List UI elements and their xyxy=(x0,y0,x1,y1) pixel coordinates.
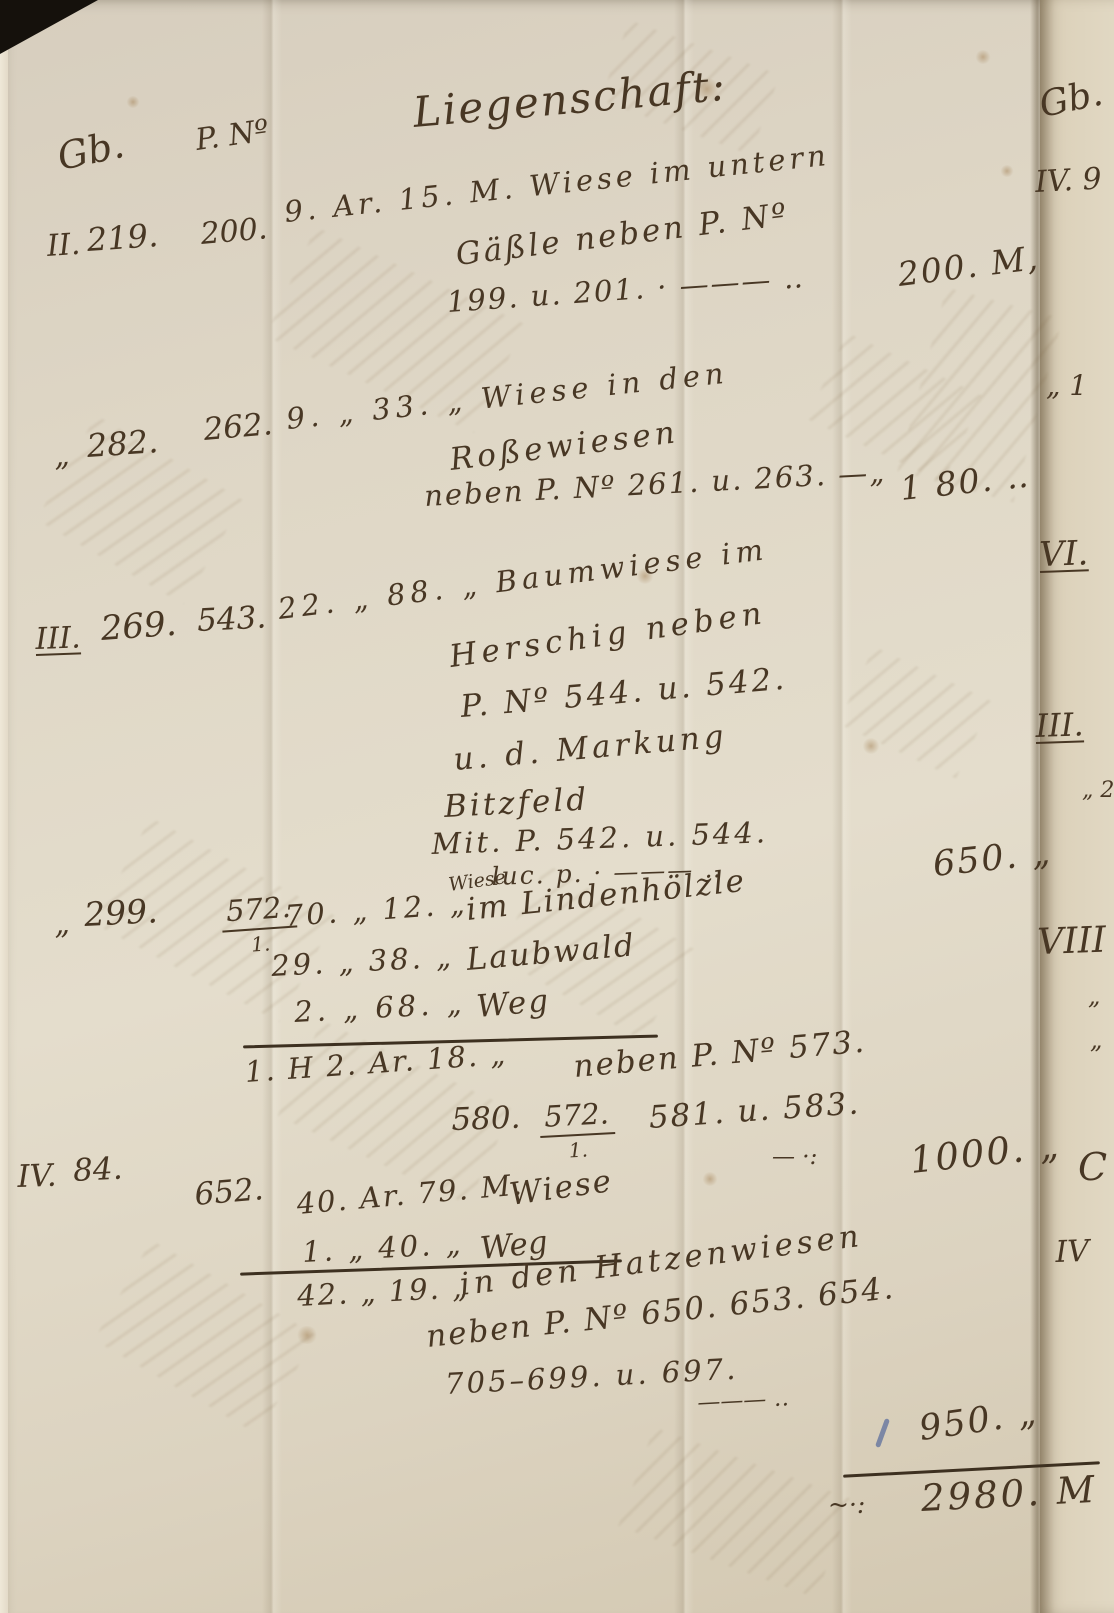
entry5-sum-nums: 42. „ 19. „ xyxy=(296,1273,469,1311)
entry5-gb-roman: IV. xyxy=(17,1161,57,1193)
stain xyxy=(1000,165,1014,177)
entry4-sum2-frac-bottom: 1. xyxy=(540,1134,616,1164)
entry4-row3-nums: 2. „ 68. „ xyxy=(293,989,466,1027)
entry2-gb-num: 282. xyxy=(86,425,159,462)
entry4-row3-text: Weg xyxy=(475,986,551,1023)
entry4-sum2-frac-top: 572. xyxy=(538,1096,614,1138)
stain xyxy=(702,1172,718,1186)
nextpage-fragment: „ 2 xyxy=(1082,780,1114,802)
total-amount: 2980. M xyxy=(920,1471,1098,1517)
total-squiggle: ~·: xyxy=(828,1492,865,1517)
entry5-row2-nums: 1. „ 40. „ xyxy=(301,1230,464,1267)
ledger-page-photo: Liegenschaft: Gb. P. Nº II. 219. 200. 9.… xyxy=(0,0,1114,1613)
entry5-pno: 652. xyxy=(193,1174,264,1211)
nextpage-fragment: C xyxy=(1078,1148,1107,1186)
entry2-gb-roman: „ xyxy=(53,441,71,472)
entry4-gb-num: 299. xyxy=(83,894,158,931)
entry3-pno: 543. xyxy=(196,602,267,637)
entry4-dash: — ·: xyxy=(772,1146,817,1169)
nextpage-fragment: „ xyxy=(1088,984,1100,1008)
next-page-edge xyxy=(1040,0,1114,1613)
entry1-pno: 200. xyxy=(199,214,268,250)
entry2-pno: 262. xyxy=(202,409,273,446)
entry1-gb-num: 219. xyxy=(86,219,159,256)
entry3-gb-roman: III. xyxy=(35,623,81,655)
nextpage-fragment: „ 1 xyxy=(1046,372,1087,400)
stain xyxy=(126,96,140,108)
entry5-gb-num: 84. xyxy=(72,1153,123,1187)
nextpage-fragment: III. xyxy=(1035,708,1084,742)
nextpage-fragment: „ xyxy=(1090,1028,1102,1052)
entry4-sum2-fraction: 572. 1. xyxy=(538,1096,616,1164)
nextpage-fragment: VIII xyxy=(1037,923,1107,961)
entry4-gb-roman: „ xyxy=(53,909,70,940)
fold-crease xyxy=(832,0,852,1613)
stain xyxy=(975,50,991,64)
entry1-gb-roman: II. xyxy=(46,230,81,262)
entry3-line5: Bitzfeld xyxy=(443,784,590,823)
dark-corner xyxy=(0,0,98,54)
nextpage-fragment: IV. 9 xyxy=(1034,165,1102,198)
nextpage-fragment: IV xyxy=(1055,1237,1090,1268)
entry3-gb-num: 269. xyxy=(100,607,178,646)
nextpage-fragment: VI. xyxy=(1039,536,1089,572)
entry5-dash: ——— ‥ xyxy=(697,1387,790,1415)
entry4-sum2-pre: 580. xyxy=(451,1103,521,1136)
